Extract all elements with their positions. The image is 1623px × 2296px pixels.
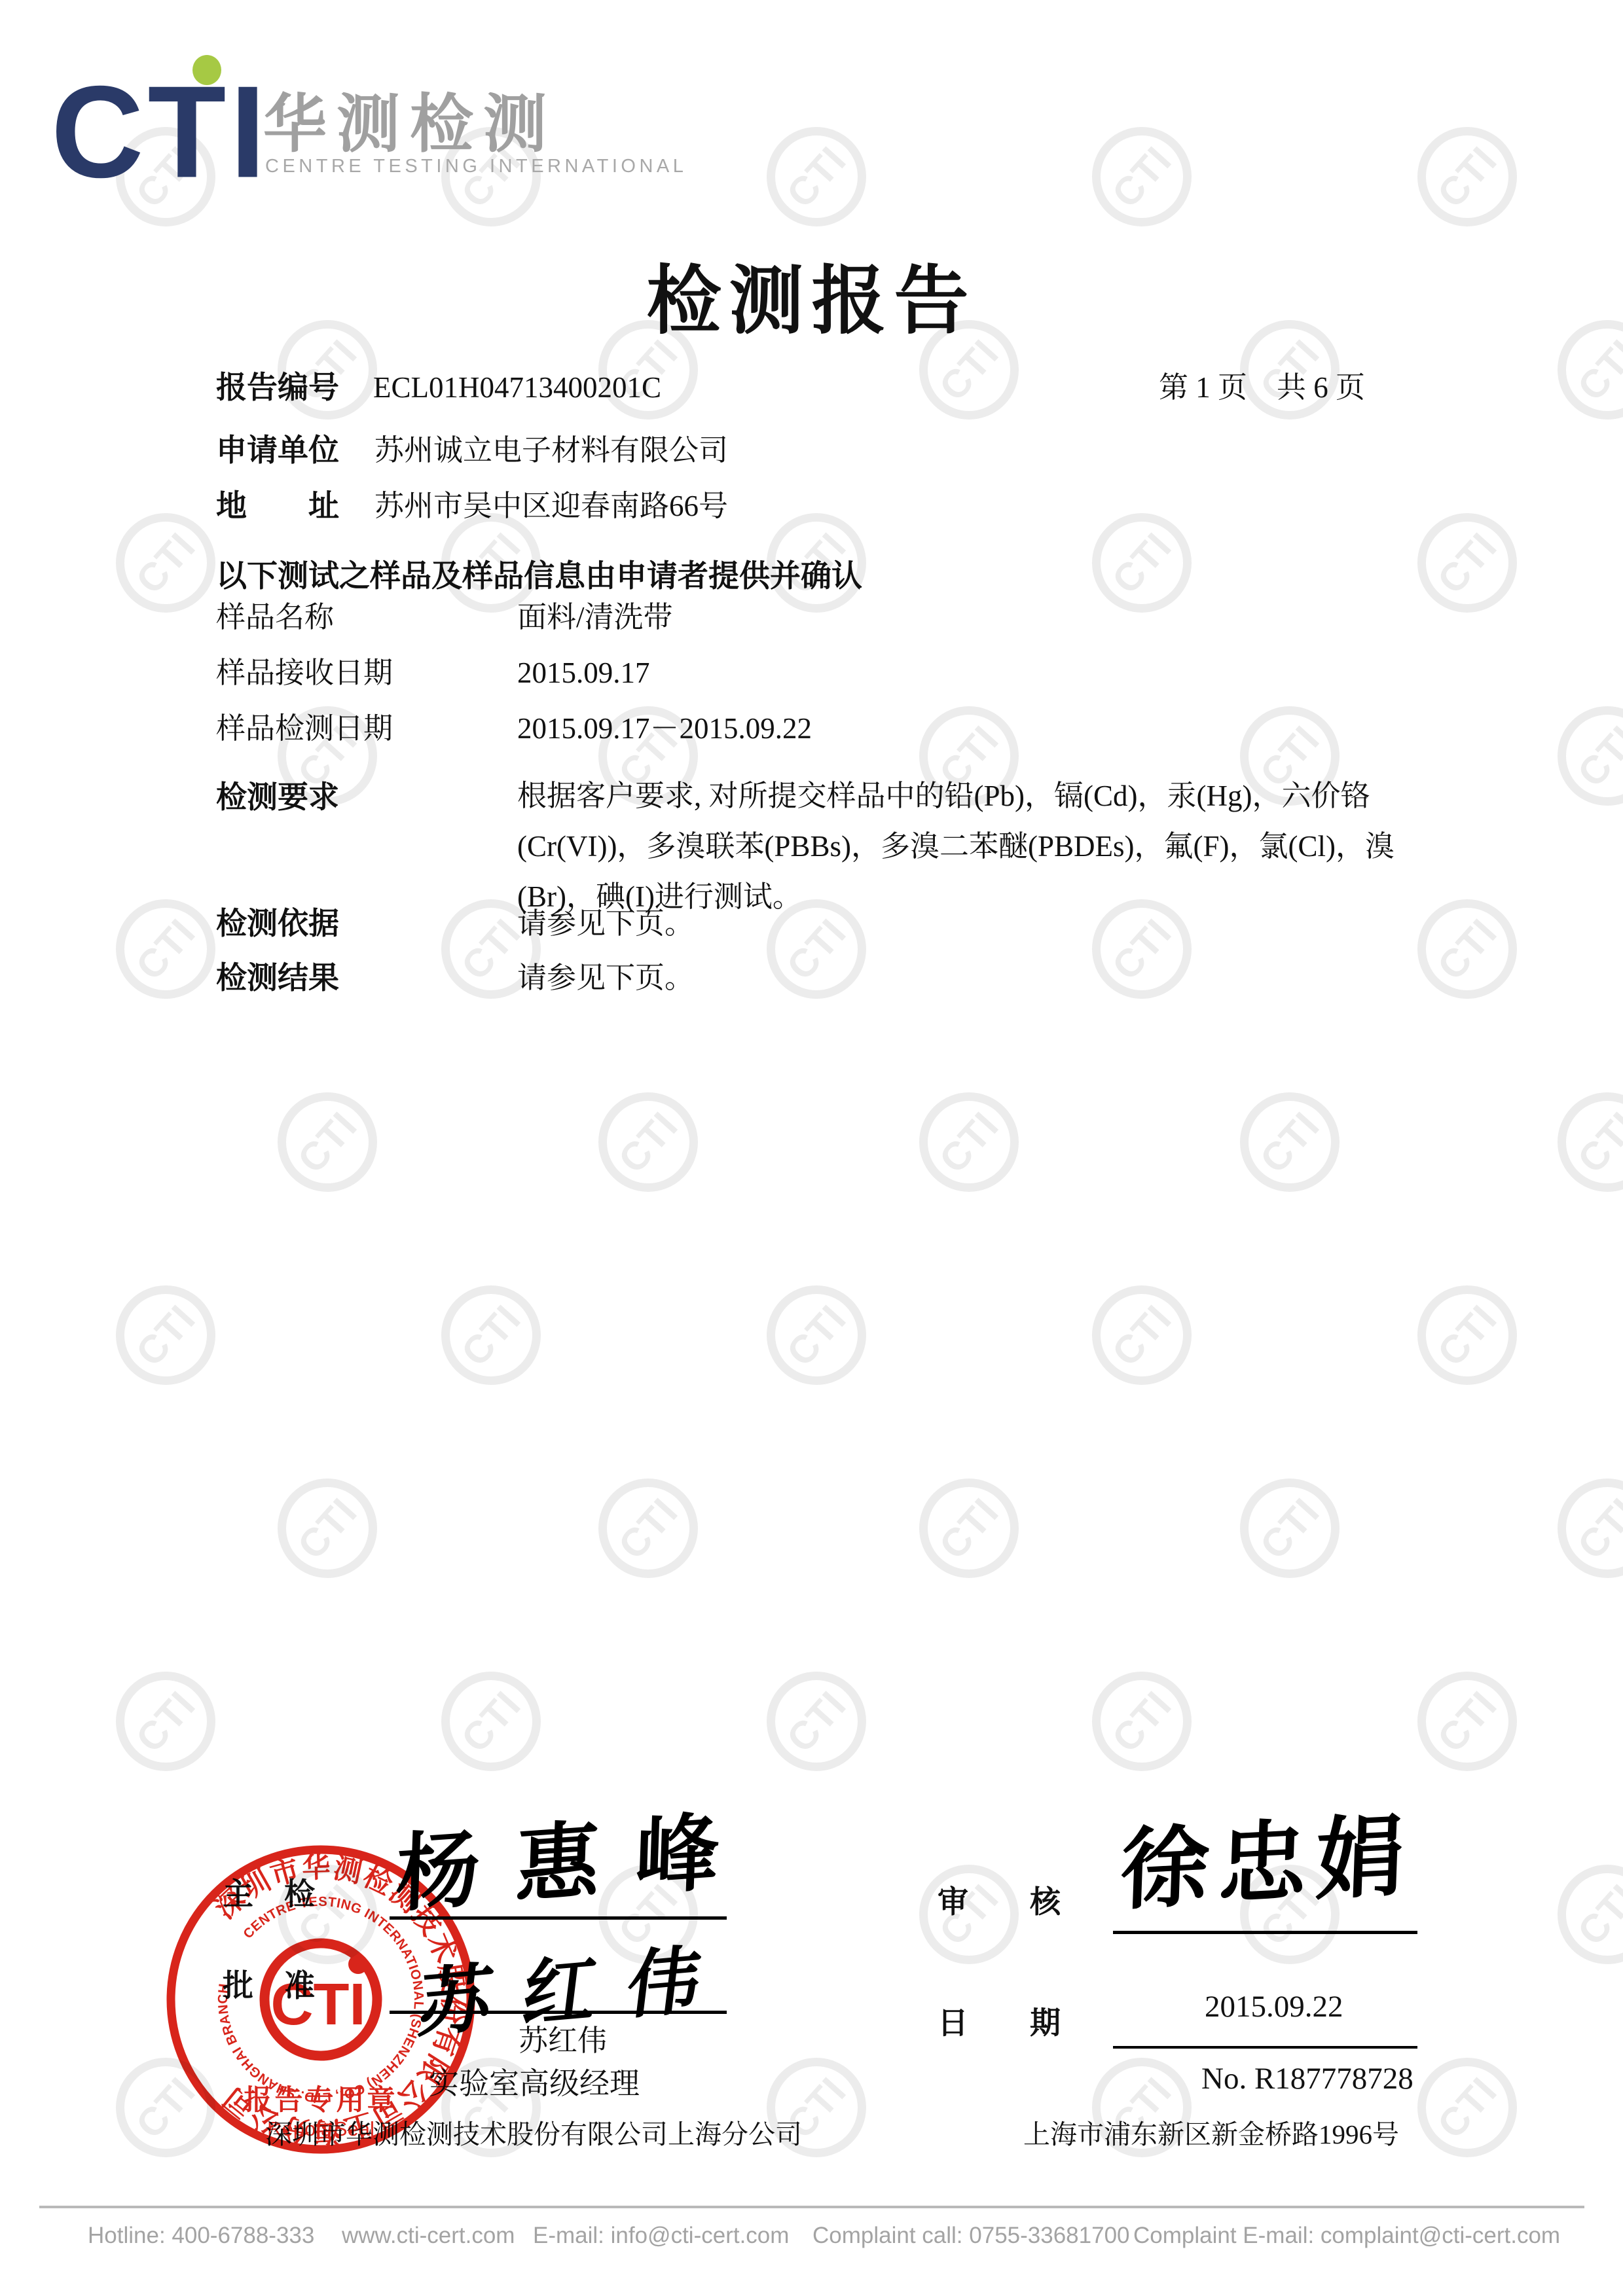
cti-watermark-icon: CTI <box>1092 1672 1192 1771</box>
seal-graphic: 深圳市华测检测技术股份有限公司上海分公司 CENTRE TESTING INTE… <box>157 1836 484 2163</box>
sample-received-label: 样品接收日期 <box>216 656 393 690</box>
cti-watermark-icon: CTI <box>919 1092 1019 1192</box>
cti-watermark-icon: CTI <box>441 1672 541 1771</box>
sample-tested-value: 2015.09.17－2015.09.22 <box>517 711 812 745</box>
cti-watermark-icon: CTI <box>767 1285 866 1385</box>
company-address: 上海市浦东新区新金桥路1996号 <box>1023 2117 1399 2151</box>
applicant-label: 申请单位 <box>216 433 339 467</box>
footer-complaint-email: Complaint E-mail: complaint@cti-cert.com <box>1133 2223 1560 2249</box>
sample-name-value: 面料/清洗带 <box>517 600 673 634</box>
cti-watermark-icon: CTI <box>1417 2058 1517 2157</box>
footer-email: E-mail: info@cti-cert.com <box>533 2223 789 2249</box>
date-label: 日 期 <box>938 2006 1061 2040</box>
report-no-value: ECL01H04713400201C <box>373 370 661 404</box>
brand-chinese-name: 华测检测 <box>263 92 556 157</box>
cti-watermark-icon: CTI <box>116 513 215 613</box>
address-value: 苏州市吴中区迎春南路66号 <box>374 489 728 523</box>
page-title: 检测报告 <box>0 241 1623 348</box>
cti-watermark-icon: CTI <box>919 1479 1019 1578</box>
cti-watermark-icon: CTI <box>1240 1479 1340 1578</box>
cti-watermark-icon: CTI <box>767 127 866 226</box>
cti-watermark-icon: CTI <box>1558 1092 1623 1192</box>
page-indicator: 第 1 页 共 6 页 <box>1159 370 1365 404</box>
company-seal: 深圳市华测检测技术股份有限公司上海分公司 CENTRE TESTING INTE… <box>157 1836 484 2163</box>
report-page: CTICTICTICTICTICTICTICTICTICTICTICTICTIC… <box>0 0 1623 2296</box>
cti-watermark-icon: CTI <box>1092 127 1192 226</box>
brand-english-name: CENTRE TESTING INTERNATIONAL <box>265 156 687 177</box>
seal-label-cn: 报告专用章 <box>244 2084 398 2116</box>
cti-watermark-icon: CTI <box>598 1479 698 1578</box>
sample-section-heading: 以下测试之样品及样品信息由申请者提供并确认 <box>216 559 862 593</box>
cti-watermark-icon: CTI <box>116 1672 215 1771</box>
cti-logo-text: CTI <box>51 67 270 198</box>
sample-received-value: 2015.09.17 <box>517 656 650 690</box>
footer-hotline: Hotline: 400-6788-333 <box>88 2223 314 2249</box>
signature-line-date <box>1113 2046 1417 2049</box>
date-value: 2015.09.22 <box>1205 1990 1343 2024</box>
cti-logo-dot-icon <box>192 55 221 85</box>
seal-cti-dot-icon <box>348 1954 368 1974</box>
cti-watermark-icon: CTI <box>598 1092 698 1192</box>
cti-watermark-icon: CTI <box>1417 513 1517 613</box>
basis-label: 检测依据 <box>216 906 339 941</box>
basis-value: 请参见下页。 <box>517 906 694 941</box>
cti-watermark-icon: CTI <box>278 1092 377 1192</box>
requirement-label: 检测要求 <box>216 780 339 814</box>
result-label: 检测结果 <box>216 961 339 995</box>
cti-watermark-icon: CTI <box>116 899 215 999</box>
seal-label-en: Report Seal <box>267 2117 374 2140</box>
cti-watermark-icon: CTI <box>1417 1672 1517 1771</box>
cti-watermark-icon: CTI <box>767 1672 866 1771</box>
cti-watermark-icon: CTI <box>441 1285 541 1385</box>
cti-watermark-icon: CTI <box>278 1479 377 1578</box>
signature-line-reviewer <box>1113 1931 1417 1934</box>
seal-cti-text: CTI <box>271 1972 366 2037</box>
report-serial: No. R187778728 <box>1201 2062 1413 2096</box>
footer-complaint-call: Complaint call: 0755-33681700 <box>812 2223 1130 2249</box>
report-no-label: 报告编号 <box>216 370 339 404</box>
sample-tested-label: 样品检测日期 <box>216 711 393 745</box>
cti-watermark-icon: CTI <box>1558 1479 1623 1578</box>
cti-watermark-icon: CTI <box>1092 1285 1192 1385</box>
cti-watermark-icon: CTI <box>1417 127 1517 226</box>
footer-divider <box>39 2206 1584 2208</box>
cti-watermark-icon: CTI <box>1417 1285 1517 1385</box>
footer-website: www.cti-cert.com <box>342 2223 515 2249</box>
address-label: 地 址 <box>216 489 339 523</box>
cti-watermark-icon: CTI <box>1092 513 1192 613</box>
applicant-value: 苏州诚立电子材料有限公司 <box>374 433 728 467</box>
cti-watermark-icon: CTI <box>1558 1865 1623 1964</box>
reviewer-signature: 徐忠娟 <box>1119 1784 1415 1927</box>
result-value: 请参见下页。 <box>517 961 694 995</box>
approver-name: 苏红伟 <box>519 2024 607 2058</box>
review-label: 审 核 <box>938 1885 1061 1919</box>
sample-name-label: 样品名称 <box>216 600 334 634</box>
cti-watermark-icon: CTI <box>116 1285 215 1385</box>
requirement-text: 根据客户要求, 对所提交样品中的铅(Pb)，镉(Cd)，汞(Hg)，六价铬(Cr… <box>517 771 1453 922</box>
cti-watermark-icon: CTI <box>1558 706 1623 806</box>
cti-watermark-icon: CTI <box>1240 1092 1340 1192</box>
